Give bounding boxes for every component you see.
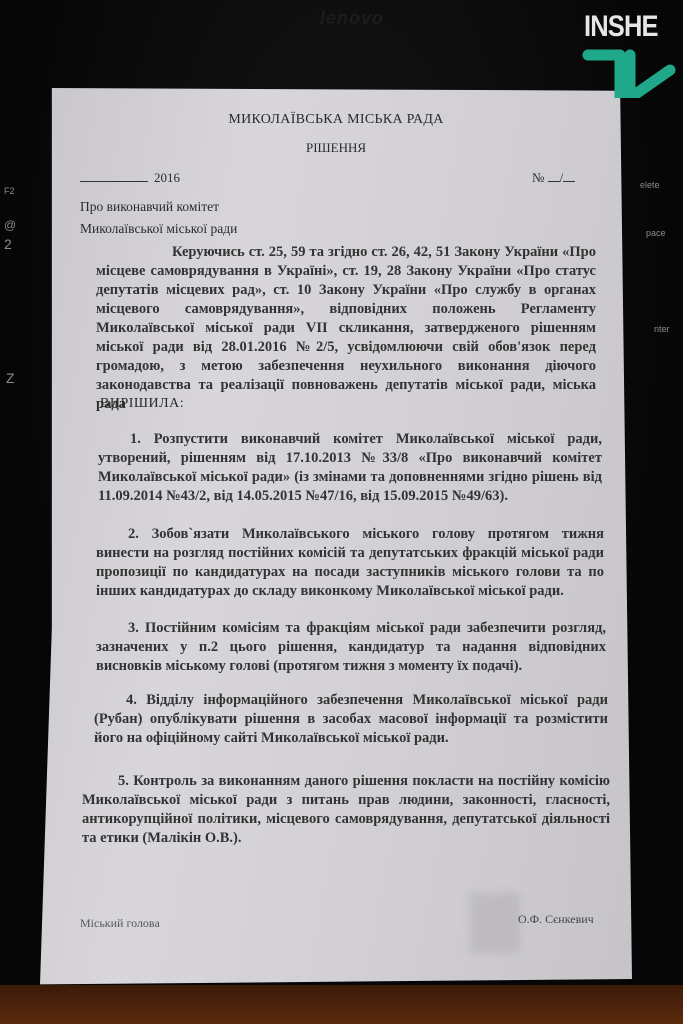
resolution-item: 5. Контроль за виконанням даного рішення…	[82, 772, 610, 848]
resolution-item: 3. Постійним комісіям та фракціям місько…	[96, 619, 606, 676]
key-label: pace	[646, 228, 666, 238]
council-title: МИКОЛАЇВСЬКА МІСЬКА РАДА	[40, 112, 632, 128]
document-number: № /	[532, 170, 575, 186]
document-sheet: МИКОЛАЇВСЬКА МІСЬКА РАДА РІШЕННЯ 2016 № …	[40, 88, 632, 988]
key-label: elete	[640, 180, 660, 190]
key-label: @	[4, 218, 16, 232]
number-blank	[548, 181, 560, 182]
table-surface	[0, 985, 683, 1024]
date-blank	[80, 181, 148, 182]
document-subject: Про виконавчий комітет Миколаївської міс…	[80, 196, 237, 240]
subject-line: Про виконавчий комітет	[80, 196, 237, 218]
number-blank	[563, 181, 575, 182]
resolution-item: 1. Розпустити виконавчий комітет Миколаї…	[98, 430, 602, 506]
laptop-brand-logo: lenovo	[320, 8, 384, 29]
key-label: 2	[4, 236, 12, 252]
key-label: Z	[6, 370, 15, 386]
resolution-item: 4. Відділу інформаційного забезпечення М…	[94, 691, 608, 748]
resolution-item: 2. Зобов`язати Миколаївського міського г…	[96, 525, 604, 601]
signature-title: Міський голова	[80, 916, 160, 931]
signature-name: О.Ф. Сєнкевич	[518, 912, 594, 927]
document-year: 2016	[154, 170, 180, 185]
document-date: 2016	[80, 170, 180, 186]
preamble-paragraph: Керуючись ст. 25, 59 та згідно ст. 26, 4…	[96, 243, 596, 414]
inshe-tv-logo: INSHE	[578, 8, 678, 98]
number-label: №	[532, 170, 544, 185]
key-label: nter	[654, 324, 670, 334]
tv-logo-icon	[578, 8, 678, 98]
subject-line: Миколаївської міської ради	[80, 218, 237, 240]
document-type: РІШЕННЯ	[40, 140, 632, 156]
key-label: F2	[4, 186, 15, 196]
paper-fold-shadow	[470, 893, 520, 953]
resolution-heading: ВИРІШИЛА:	[100, 396, 184, 412]
